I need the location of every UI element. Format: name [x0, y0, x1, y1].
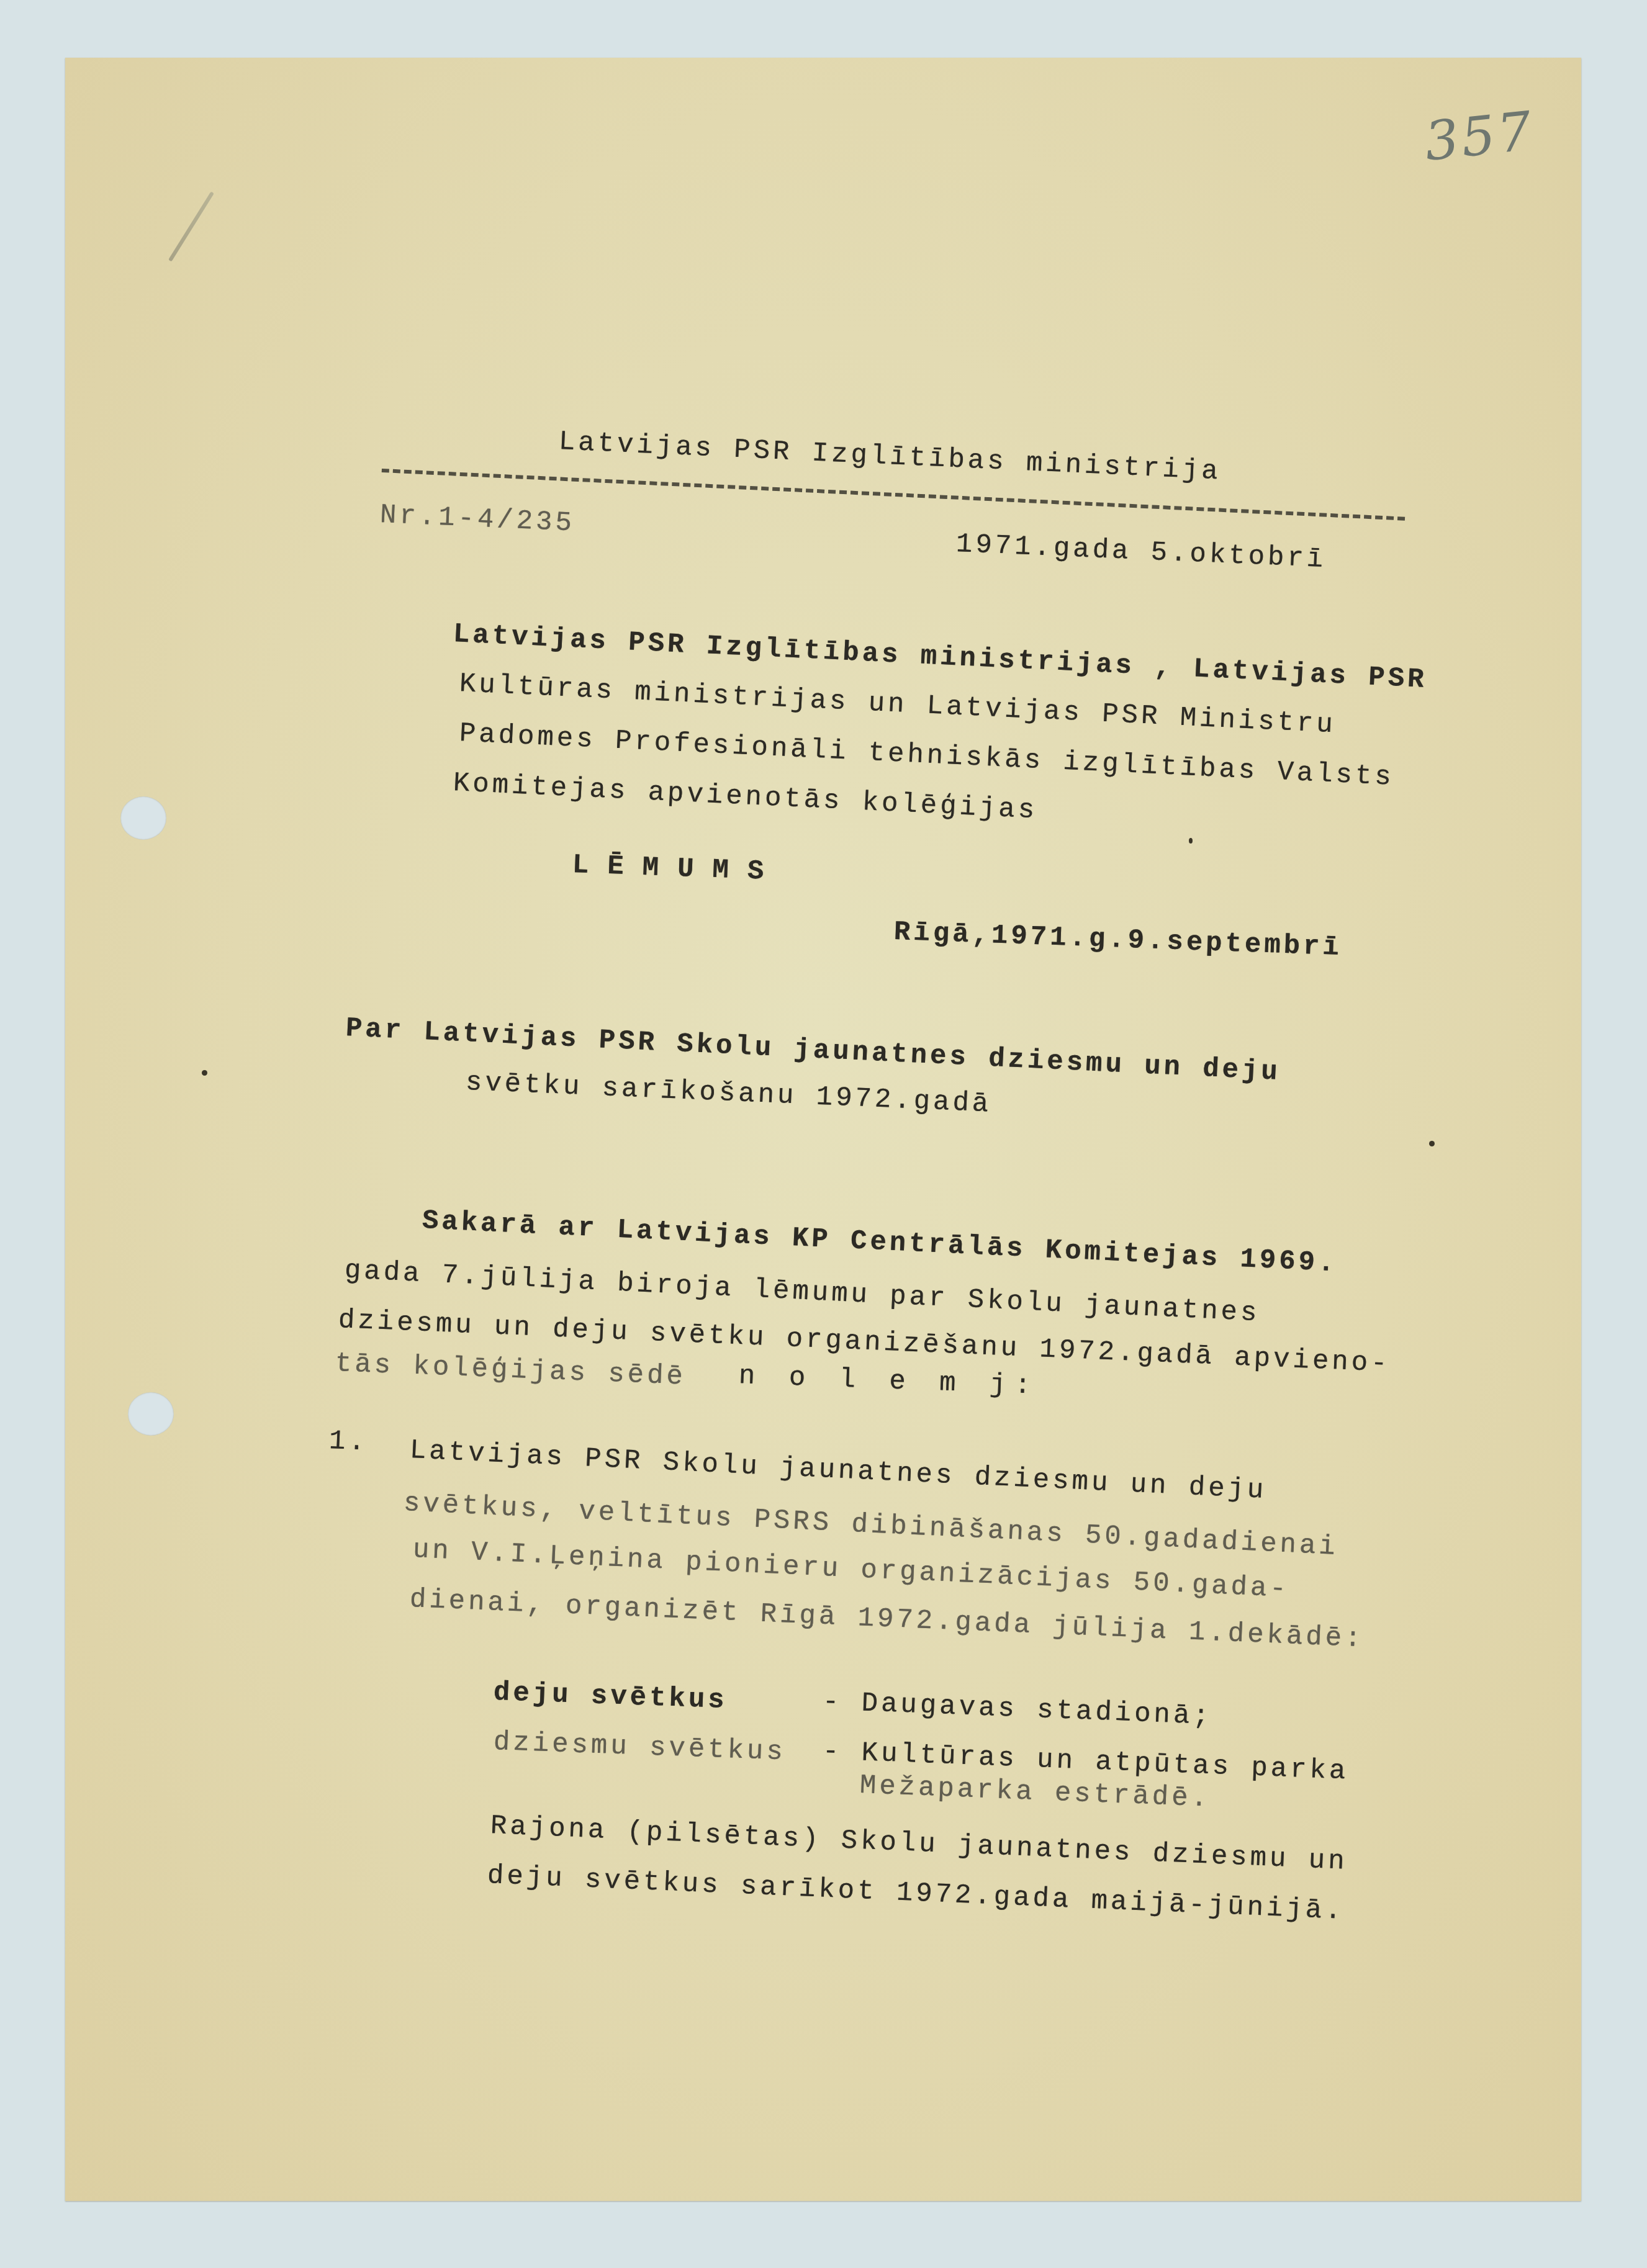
- decision-title: LĒMUMS: [572, 852, 783, 886]
- ink-speck: [1429, 1141, 1435, 1146]
- punch-hole: [120, 796, 166, 840]
- venue-event: deju svētkus: [493, 1679, 728, 1714]
- ink-speck: [202, 1070, 207, 1076]
- folio-number: 357: [1422, 100, 1537, 173]
- item-number: 1.: [328, 1428, 369, 1457]
- punch-hole: [128, 1392, 174, 1436]
- reference-number: Nr.1-4/235: [379, 502, 575, 538]
- ink-speck: [1189, 838, 1193, 844]
